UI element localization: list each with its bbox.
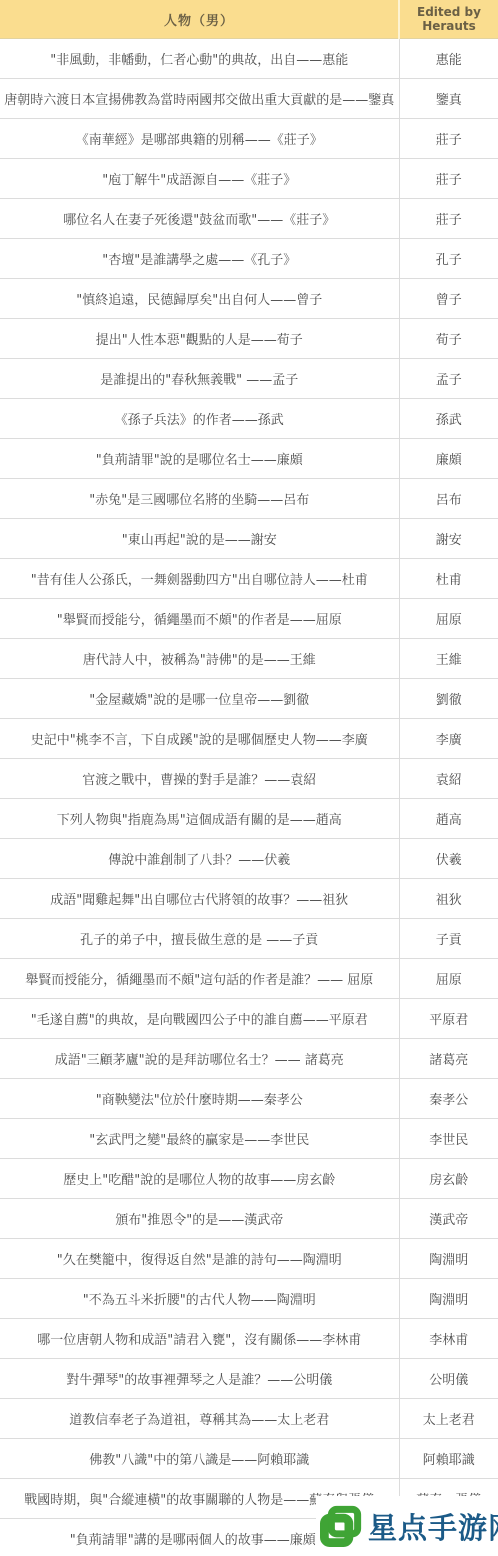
table-row: "昔有佳人公孫氏，一舞劍器動四方"出自哪位詩人——杜甫 杜甫	[0, 559, 498, 599]
answer-cell: 房玄齡	[399, 1159, 498, 1199]
question-cell: 是誰提出的"春秋無義戰" ——孟子	[0, 359, 399, 399]
question-cell: "玄武門之變"最終的贏家是——李世民	[0, 1119, 399, 1159]
question-cell: 下列人物與"指鹿為馬"這個成語有關的是——趙高	[0, 799, 399, 839]
question-cell: 《南華經》是哪部典籍的別稱——《莊子》	[0, 119, 399, 159]
question-cell: 唐代詩人中，被稱為"詩佛"的是——王維	[0, 639, 399, 679]
question-cell: "非風動，非幡動，仁者心動"的典故，出自——惠能	[0, 39, 399, 79]
table-row: 是誰提出的"春秋無義戰" ——孟子 孟子	[0, 359, 498, 399]
table-row: 孔子的弟子中，擅長做生意的是 ——子貢 子貢	[0, 919, 498, 959]
question-cell: 哪一位唐朝人物和成語"請君入甕"，沒有關係——李林甫	[0, 1319, 399, 1359]
table-row: "慎終追遠，民德歸厚矣"出自何人——曾子 曾子	[0, 279, 498, 319]
site-name-text: 星点手游网	[368, 1506, 498, 1547]
question-cell: "商鞅變法"位於什麼時期——秦孝公	[0, 1079, 399, 1119]
answer-cell: 孟子	[399, 359, 498, 399]
answer-cell: 李世民	[399, 1119, 498, 1159]
question-cell: "赤兔"是三國哪位名將的坐騎——呂布	[0, 479, 399, 519]
table-row: "毛遂自薦"的典故，是向戰國四公子中的誰自薦——平原君 平原君	[0, 999, 498, 1039]
question-cell: 提出"人性本惡"觀點的人是——荀子	[0, 319, 399, 359]
answer-cell: 杜甫	[399, 559, 498, 599]
question-cell: 道教信奉老子為道祖，尊稱其為——太上老君	[0, 1399, 399, 1439]
answer-cell: 孫武	[399, 399, 498, 439]
answer-cell: 呂布	[399, 479, 498, 519]
table-header-row: 人物（男） Edited by Herauts	[0, 0, 498, 39]
answer-cell: 秦孝公	[399, 1079, 498, 1119]
table-row: "負荊請罪"說的是哪位名士——廉頗 廉頗	[0, 439, 498, 479]
table-row: 《孫子兵法》的作者——孫武 孫武	[0, 399, 498, 439]
question-cell: "久在樊籠中，復得返自然"是誰的詩句——陶淵明	[0, 1239, 399, 1279]
question-cell: 官渡之戰中，曹操的對手是誰？——袁紹	[0, 759, 399, 799]
answer-cell: 子貢	[399, 919, 498, 959]
question-cell: "昔有佳人公孫氏，一舞劍器動四方"出自哪位詩人——杜甫	[0, 559, 399, 599]
answer-cell: 劉徹	[399, 679, 498, 719]
answer-cell: 曾子	[399, 279, 498, 319]
answer-cell: 平原君	[399, 999, 498, 1039]
table-row: 成語"三顧茅廬"說的是拜訪哪位名士？—— 諸葛亮 諸葛亮	[0, 1039, 498, 1079]
table-row: "金屋藏嬌"說的是哪一位皇帝——劉徹 劉徹	[0, 679, 498, 719]
answer-cell: 李廣	[399, 719, 498, 759]
table-header: 人物（男） Edited by Herauts	[0, 0, 498, 39]
answer-cell: 惠能	[399, 39, 498, 79]
question-cell: "毛遂自薦"的典故，是向戰國四公子中的誰自薦——平原君	[0, 999, 399, 1039]
answer-cell: 趙高	[399, 799, 498, 839]
question-cell: 哪位名人在妻子死後還"鼓盆而歌"——《莊子》	[0, 199, 399, 239]
table-row: "非風動，非幡動，仁者心動"的典故，出自——惠能 惠能	[0, 39, 498, 79]
question-cell: 歷史上"吃醋"說的是哪位人物的故事——房玄齡	[0, 1159, 399, 1199]
question-cell: "東山再起"說的是——謝安	[0, 519, 399, 559]
question-cell: 孔子的弟子中，擅長做生意的是 ——子貢	[0, 919, 399, 959]
answer-cell: 陶淵明	[399, 1239, 498, 1279]
answer-cell: 鑒真	[399, 79, 498, 119]
answer-cell: 莊子	[399, 159, 498, 199]
table-row: "杏壇"是誰講學之處——《孔子》 孔子	[0, 239, 498, 279]
table-row: 官渡之戰中，曹操的對手是誰？——袁紹 袁紹	[0, 759, 498, 799]
answer-cell: 太上老君	[399, 1399, 498, 1439]
answer-cell: 祖狄	[399, 879, 498, 919]
answer-cell: 伏羲	[399, 839, 498, 879]
table-row: 唐朝時六渡日本宣揚佛教為當時兩國邦交做出重大貢獻的是——鑒真 鑒真	[0, 79, 498, 119]
question-cell: 成語"三顧茅廬"說的是拜訪哪位名士？—— 諸葛亮	[0, 1039, 399, 1079]
question-cell: 舉賢而授能分，循繩墨而不頗"這句話的作者是誰？—— 屈原	[0, 959, 399, 999]
answer-cell: 莊子	[399, 199, 498, 239]
question-cell: 史記中"桃李不言，下自成蹊"說的是哪個歷史人物——李廣	[0, 719, 399, 759]
table-row: "東山再起"說的是——謝安 謝安	[0, 519, 498, 559]
answer-cell: 漢武帝	[399, 1199, 498, 1239]
answer-cell: 屈原	[399, 959, 498, 999]
question-cell: 成語"聞雞起舞"出自哪位古代將領的故事？——祖狄	[0, 879, 399, 919]
table-row: 史記中"桃李不言，下自成蹊"說的是哪個歷史人物——李廣 李廣	[0, 719, 498, 759]
question-cell: "杏壇"是誰講學之處——《孔子》	[0, 239, 399, 279]
table-row: 頒布"推恩令"的是——漢武帝 漢武帝	[0, 1199, 498, 1239]
answer-cell: 屈原	[399, 599, 498, 639]
question-cell: "金屋藏嬌"說的是哪一位皇帝——劉徹	[0, 679, 399, 719]
table-row: 舉賢而授能分，循繩墨而不頗"這句話的作者是誰？—— 屈原 屈原	[0, 959, 498, 999]
question-cell: 傳說中誰創制了八卦？——伏羲	[0, 839, 399, 879]
table-row: "玄武門之變"最終的贏家是——李世民 李世民	[0, 1119, 498, 1159]
answer-cell: 廉頗	[399, 439, 498, 479]
table-row: 提出"人性本惡"觀點的人是——荀子 荀子	[0, 319, 498, 359]
quiz-table: 人物（男） Edited by Herauts "非風動，非幡動，仁者心動"的典…	[0, 0, 498, 1556]
table-row: 成語"聞雞起舞"出自哪位古代將領的故事？——祖狄 祖狄	[0, 879, 498, 919]
question-cell: "負荊請罪"說的是哪位名士——廉頗	[0, 439, 399, 479]
table-row: "商鞅變法"位於什麼時期——秦孝公 秦孝公	[0, 1079, 498, 1119]
question-cell: "慎終追遠，民德歸厚矣"出自何人——曾子	[0, 279, 399, 319]
table-row: 對牛彈琴"的故事裡彈琴之人是誰？——公明儀 公明儀	[0, 1359, 498, 1399]
table-row: 唐代詩人中，被稱為"詩佛"的是——王維 王維	[0, 639, 498, 679]
table-row: 《南華經》是哪部典籍的別稱——《莊子》 莊子	[0, 119, 498, 159]
answer-cell: 陶淵明	[399, 1279, 498, 1319]
answer-cell: 孔子	[399, 239, 498, 279]
table-row: "不為五斗米折腰"的古代人物——陶淵明 陶淵明	[0, 1279, 498, 1319]
table-row: 歷史上"吃醋"說的是哪位人物的故事——房玄齡 房玄齡	[0, 1159, 498, 1199]
question-cell: 《孫子兵法》的作者——孫武	[0, 399, 399, 439]
table-row: "赤兔"是三國哪位名將的坐騎——呂布 呂布	[0, 479, 498, 519]
answer-cell: 莊子	[399, 119, 498, 159]
question-cell: "庖丁解牛"成語源自——《莊子》	[0, 159, 399, 199]
answer-cell: 荀子	[399, 319, 498, 359]
question-cell: 頒布"推恩令"的是——漢武帝	[0, 1199, 399, 1239]
table-row: "舉賢而授能兮，循繩墨而不頗"的作者是——屈原 屈原	[0, 599, 498, 639]
question-cell: "不為五斗米折腰"的古代人物——陶淵明	[0, 1279, 399, 1319]
question-column-header: 人物（男）	[0, 0, 399, 39]
table-row: 佛教"八識"中的第八識是——阿賴耶識 阿賴耶識	[0, 1439, 498, 1479]
table-row: 傳說中誰創制了八卦？——伏羲 伏羲	[0, 839, 498, 879]
quiz-answer-page: 人物（男） Edited by Herauts "非風動，非幡動，仁者心動"的典…	[0, 0, 498, 1556]
question-cell: 對牛彈琴"的故事裡彈琴之人是誰？——公明儀	[0, 1359, 399, 1399]
question-cell: 佛教"八識"中的第八識是——阿賴耶識	[0, 1439, 399, 1479]
table-body: "非風動，非幡動，仁者心動"的典故，出自——惠能 惠能 唐朝時六渡日本宣揚佛教為…	[0, 39, 498, 1556]
question-cell: "舉賢而授能兮，循繩墨而不頗"的作者是——屈原	[0, 599, 399, 639]
answer-cell: 阿賴耶識	[399, 1439, 498, 1479]
answer-cell: 李林甫	[399, 1319, 498, 1359]
answer-cell: 諸葛亮	[399, 1039, 498, 1079]
answer-cell: 袁紹	[399, 759, 498, 799]
answer-column-header: Edited by Herauts	[399, 0, 498, 39]
table-row: 哪位名人在妻子死後還"鼓盆而歌"——《莊子》 莊子	[0, 199, 498, 239]
table-row: 道教信奉老子為道祖，尊稱其為——太上老君 太上老君	[0, 1399, 498, 1439]
site-watermark: 星点手游网	[316, 1496, 498, 1556]
table-row: 哪一位唐朝人物和成語"請君入甕"，沒有關係——李林甫 李林甫	[0, 1319, 498, 1359]
question-cell: 唐朝時六渡日本宣揚佛教為當時兩國邦交做出重大貢獻的是——鑒真	[0, 79, 399, 119]
table-row: "久在樊籠中，復得返自然"是誰的詩句——陶淵明 陶淵明	[0, 1239, 498, 1279]
answer-cell: 王維	[399, 639, 498, 679]
answer-cell: 謝安	[399, 519, 498, 559]
site-logo-icon	[320, 1505, 362, 1547]
table-row: 下列人物與"指鹿為馬"這個成語有關的是——趙高 趙高	[0, 799, 498, 839]
answer-cell: 公明儀	[399, 1359, 498, 1399]
table-row: "庖丁解牛"成語源自——《莊子》 莊子	[0, 159, 498, 199]
